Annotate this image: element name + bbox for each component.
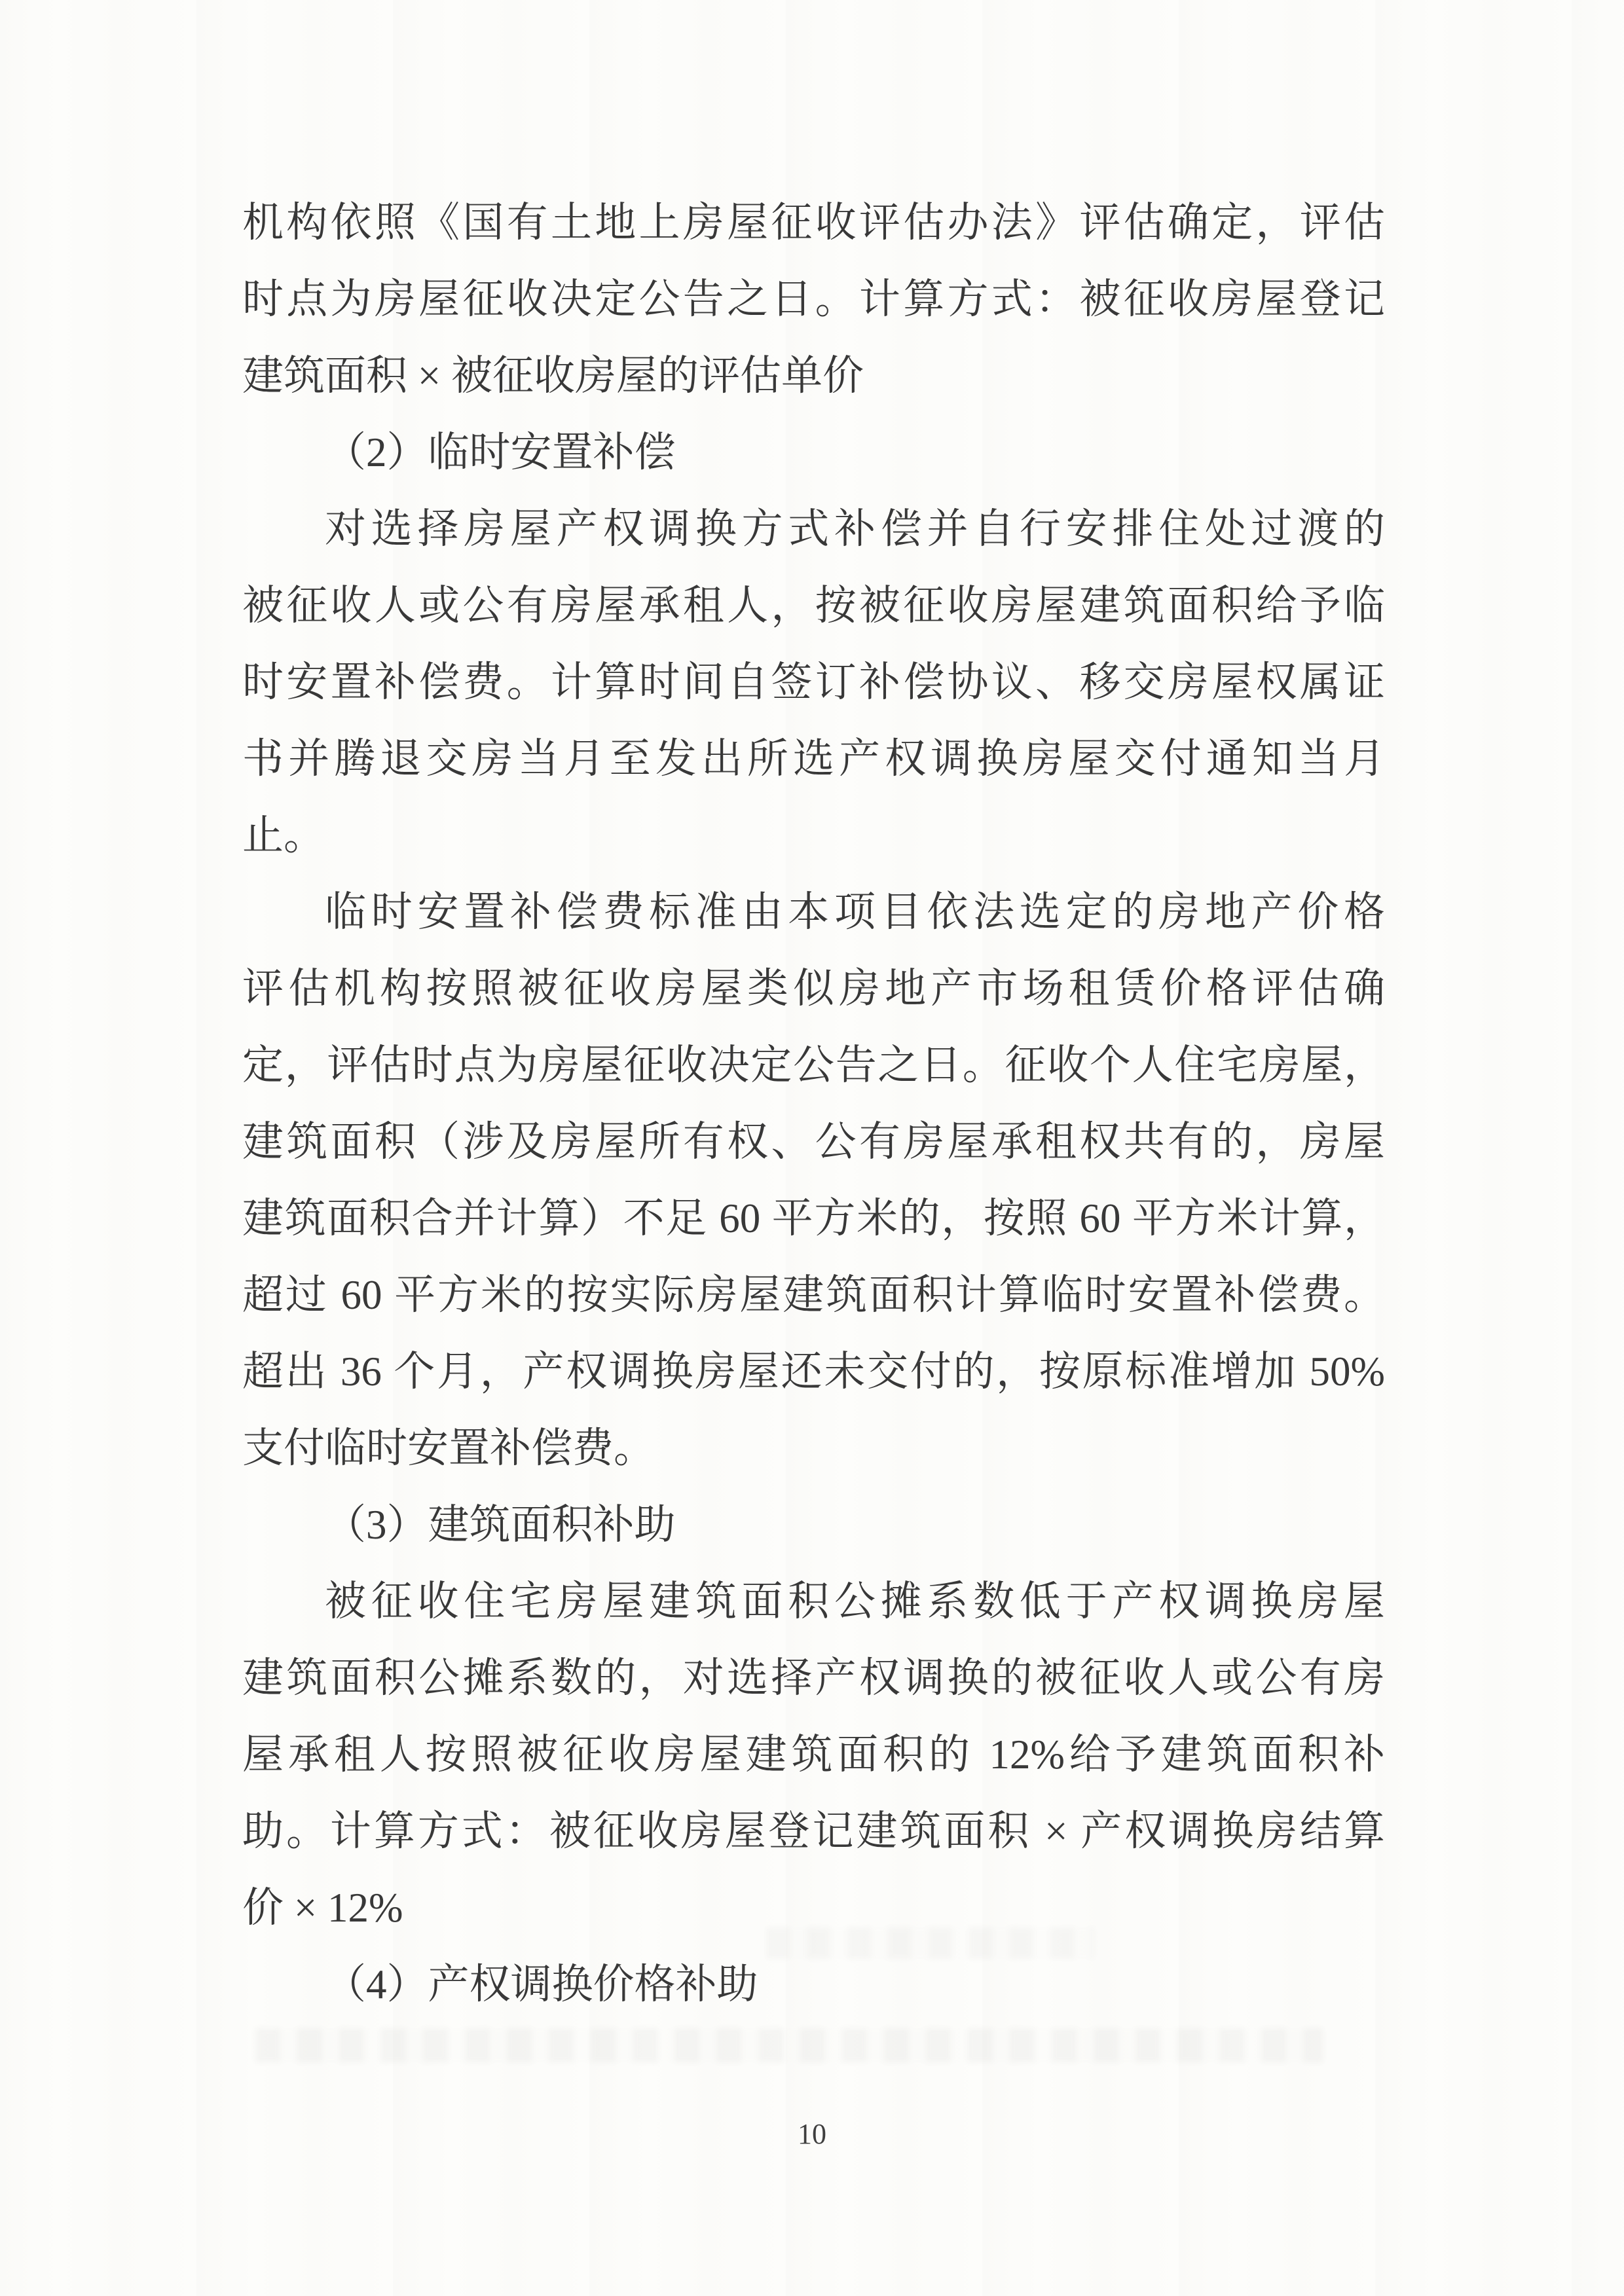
text-line: 定，评估时点为房屋征收决定公告之日。征收个人住宅房屋， [242,1027,1385,1104]
text-line: 超出 36 个月，产权调换房屋还未交付的，按原标准增加 50% [242,1334,1385,1410]
text-line: 时点为房屋征收决定公告之日。计算方式：被征收房屋登记 [242,261,1385,338]
text-line: 止。 [242,797,1385,874]
text-line: 助。计算方式：被征收房屋登记建筑面积 × 产权调换房结算 [242,1793,1385,1870]
text-line: 超过 60 平方米的按实际房屋建筑面积计算临时安置补偿费。 [242,1257,1385,1334]
list-item-heading: （4）产权调换价格补助 [242,1946,1385,2023]
text-line: 被征收人或公有房屋承租人，按被征收房屋建筑面积给予临 [242,568,1385,644]
text-line: 支付临时安置补偿费。 [242,1410,1385,1487]
text-line: 建筑面积 × 被征收房屋的评估单价 [242,338,1385,414]
document-text-block: 机构依照《国有土地上房屋征收评估办法》评估确定，评估 时点为房屋征收决定公告之日… [242,185,1385,2023]
text-line: 时安置补偿费。计算时间自签订补偿协议、移交房屋权属证 [242,644,1385,721]
page-number: 10 [0,2117,1624,2151]
text-line: 价 × 12% [242,1870,1385,1946]
text-line: 临时安置补偿费标准由本项目依法选定的房地产价格 [242,874,1385,951]
list-item-heading: （2）临时安置补偿 [242,414,1385,491]
text-line: 对选择房屋产权调换方式补偿并自行安排住处过渡的 [242,491,1385,568]
text-line: 建筑面积公摊系数的，对选择产权调换的被征收人或公有房 [242,1640,1385,1717]
text-line: 书并腾退交房当月至发出所选产权调换房屋交付通知当月 [242,721,1385,797]
text-line: 建筑面积合并计算）不足 60 平方米的，按照 60 平方米计算， [242,1180,1385,1257]
text-line: 屋承租人按照被征收房屋建筑面积的 12%给予建筑面积补 [242,1717,1385,1793]
text-line: 被征收住宅房屋建筑面积公摊系数低于产权调换房屋 [242,1563,1385,1640]
text-line: 评估机构按照被征收房屋类似房地产市场租赁价格评估确 [242,951,1385,1027]
bleed-through-artifact [255,2028,1323,2062]
text-line: 机构依照《国有土地上房屋征收评估办法》评估确定，评估 [242,185,1385,261]
text-line: 建筑面积（涉及房屋所有权、公有房屋承租权共有的，房屋 [242,1104,1385,1180]
list-item-heading: （3）建筑面积补助 [242,1487,1385,1563]
